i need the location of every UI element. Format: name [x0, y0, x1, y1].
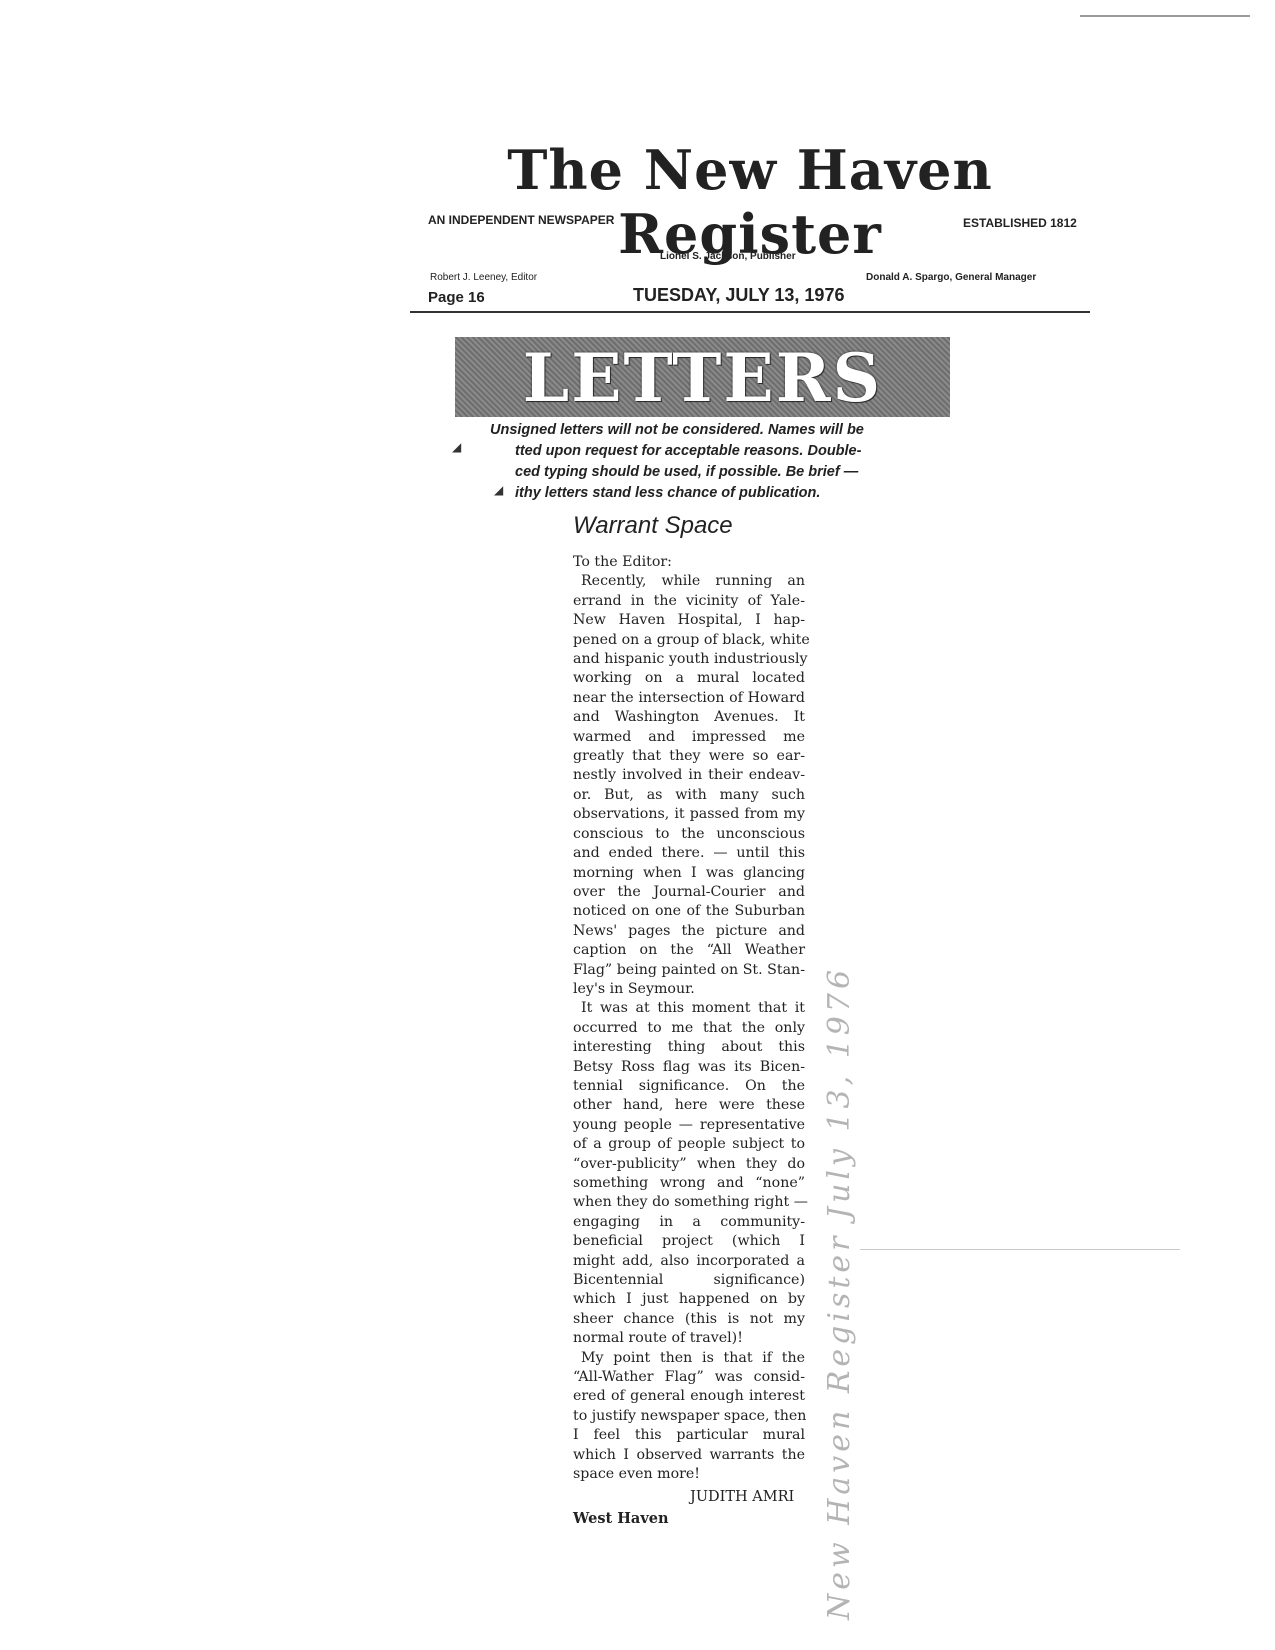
- handwritten-annotation: New Haven Register July 13, 1976: [822, 966, 857, 1620]
- letter-line: conscious to the unconscious: [573, 825, 805, 844]
- letter-line: young people — representative: [573, 1116, 805, 1135]
- general-manager-credit: Donald A. Spargo, General Manager: [866, 272, 1036, 283]
- letter-headline: Warrant Space: [573, 512, 733, 540]
- letter-line: occurred to me that the only: [573, 1019, 805, 1038]
- letter-line: when they do something right —: [573, 1193, 805, 1212]
- letter-line: sheer chance (this is not my: [573, 1310, 805, 1329]
- letter-line: space even more!: [573, 1465, 805, 1484]
- newspaper-tagline: AN INDEPENDENT NEWSPAPER: [428, 213, 614, 227]
- letter-line: over the Journal-Courier and: [573, 883, 805, 902]
- letter-line: Bicentennial significance): [573, 1271, 805, 1290]
- scan-edge-line: [1080, 15, 1250, 17]
- letter-line: something wrong and “none”: [573, 1174, 805, 1193]
- letter-line: engaging in a community-: [573, 1213, 805, 1232]
- editor-credit: Robert J. Leeney, Editor: [430, 272, 537, 283]
- letter-line: observations, it passed from my: [573, 805, 805, 824]
- letter-body: To the Editor: Recently, while running a…: [573, 553, 805, 1485]
- letter-line: greatly that they were so ear-: [573, 747, 805, 766]
- publisher-credit: Lionel S. Jackson, Publisher: [660, 251, 796, 262]
- established-year: ESTABLISHED 1812: [963, 216, 1077, 230]
- letter-signature: JUDITH AMRI: [690, 1489, 794, 1505]
- letter-line: errand in the vicinity of Yale-: [573, 592, 805, 611]
- letter-line: It was at this moment that it: [573, 999, 805, 1018]
- letter-salutation: To the Editor:: [573, 553, 805, 572]
- letter-line: near the intersection of Howard: [573, 689, 805, 708]
- letter-line: caption on the “All Weather: [573, 941, 805, 960]
- letter-line: which I observed warrants the: [573, 1446, 805, 1465]
- issue-date: TUESDAY, JULY 13, 1976: [633, 285, 844, 306]
- letter-line: beneficial project (which I: [573, 1232, 805, 1251]
- letter-line: “over-publicity” when they do: [573, 1155, 805, 1174]
- policy-line: tted upon request for acceptable reasons…: [490, 441, 940, 462]
- letter-line: and ended there. — until this: [573, 844, 805, 863]
- policy-line: Unsigned letters will not be considered.…: [490, 420, 940, 441]
- letter-line: noticed on one of the Suburban: [573, 902, 805, 921]
- page-number: Page 16: [428, 289, 485, 306]
- letter-line: and hispanic youth industriously: [573, 650, 805, 669]
- newspaper-masthead: The New Haven Register: [410, 138, 1090, 266]
- letter-line: nestly involved in their endeav-: [573, 766, 805, 785]
- letter-line: which I just happened on by: [573, 1290, 805, 1309]
- letter-line: I feel this particular mural: [573, 1426, 805, 1445]
- letter-line: morning when I was glancing: [573, 864, 805, 883]
- letter-line: News' pages the picture and: [573, 922, 805, 941]
- letter-line: New Haven Hospital, I hap-: [573, 611, 805, 630]
- letter-line: to justify newspaper space, then: [573, 1407, 805, 1426]
- letter-line: “All-Wather Flag” was consid-: [573, 1368, 805, 1387]
- section-title: LETTERS: [455, 339, 950, 417]
- policy-line: ithy letters stand less chance of public…: [490, 483, 940, 504]
- letter-line: or. But, as with many such: [573, 786, 805, 805]
- letter-line: pened on a group of black, white: [573, 631, 805, 650]
- letter-line: of a group of people subject to: [573, 1135, 805, 1154]
- letters-policy: Unsigned letters will not be considered.…: [490, 420, 940, 504]
- masthead-divider: [410, 311, 1090, 313]
- letter-line: My point then is that if the: [573, 1349, 805, 1368]
- scan-fold-line: [860, 1249, 1180, 1250]
- policy-line: ced typing should be used, if possible. …: [490, 462, 940, 483]
- letter-line: working on a mural located: [573, 669, 805, 688]
- letter-line: tennial significance. On the: [573, 1077, 805, 1096]
- letter-line: and Washington Avenues. It: [573, 708, 805, 727]
- section-banner: LETTERS: [455, 337, 950, 417]
- letter-line: Betsy Ross flag was its Bicen-: [573, 1058, 805, 1077]
- letter-line: other hand, here were these: [573, 1096, 805, 1115]
- letter-line: Recently, while running an: [573, 572, 805, 591]
- letter-line: normal route of travel)!: [573, 1329, 805, 1348]
- letter-line: interesting thing about this: [573, 1038, 805, 1057]
- letter-text: Recently, while running anerrand in the …: [573, 572, 805, 1484]
- letter-line: ered of general enough interest: [573, 1387, 805, 1406]
- letter-line: warmed and impressed me: [573, 728, 805, 747]
- scan-mark: ◢: [452, 440, 461, 454]
- letter-line: might add, also incorporated a: [573, 1252, 805, 1271]
- letter-line: Flag” being painted on St. Stan-: [573, 961, 805, 980]
- letter-line: ley's in Seymour.: [573, 980, 805, 999]
- letter-location: West Haven: [573, 1510, 669, 1527]
